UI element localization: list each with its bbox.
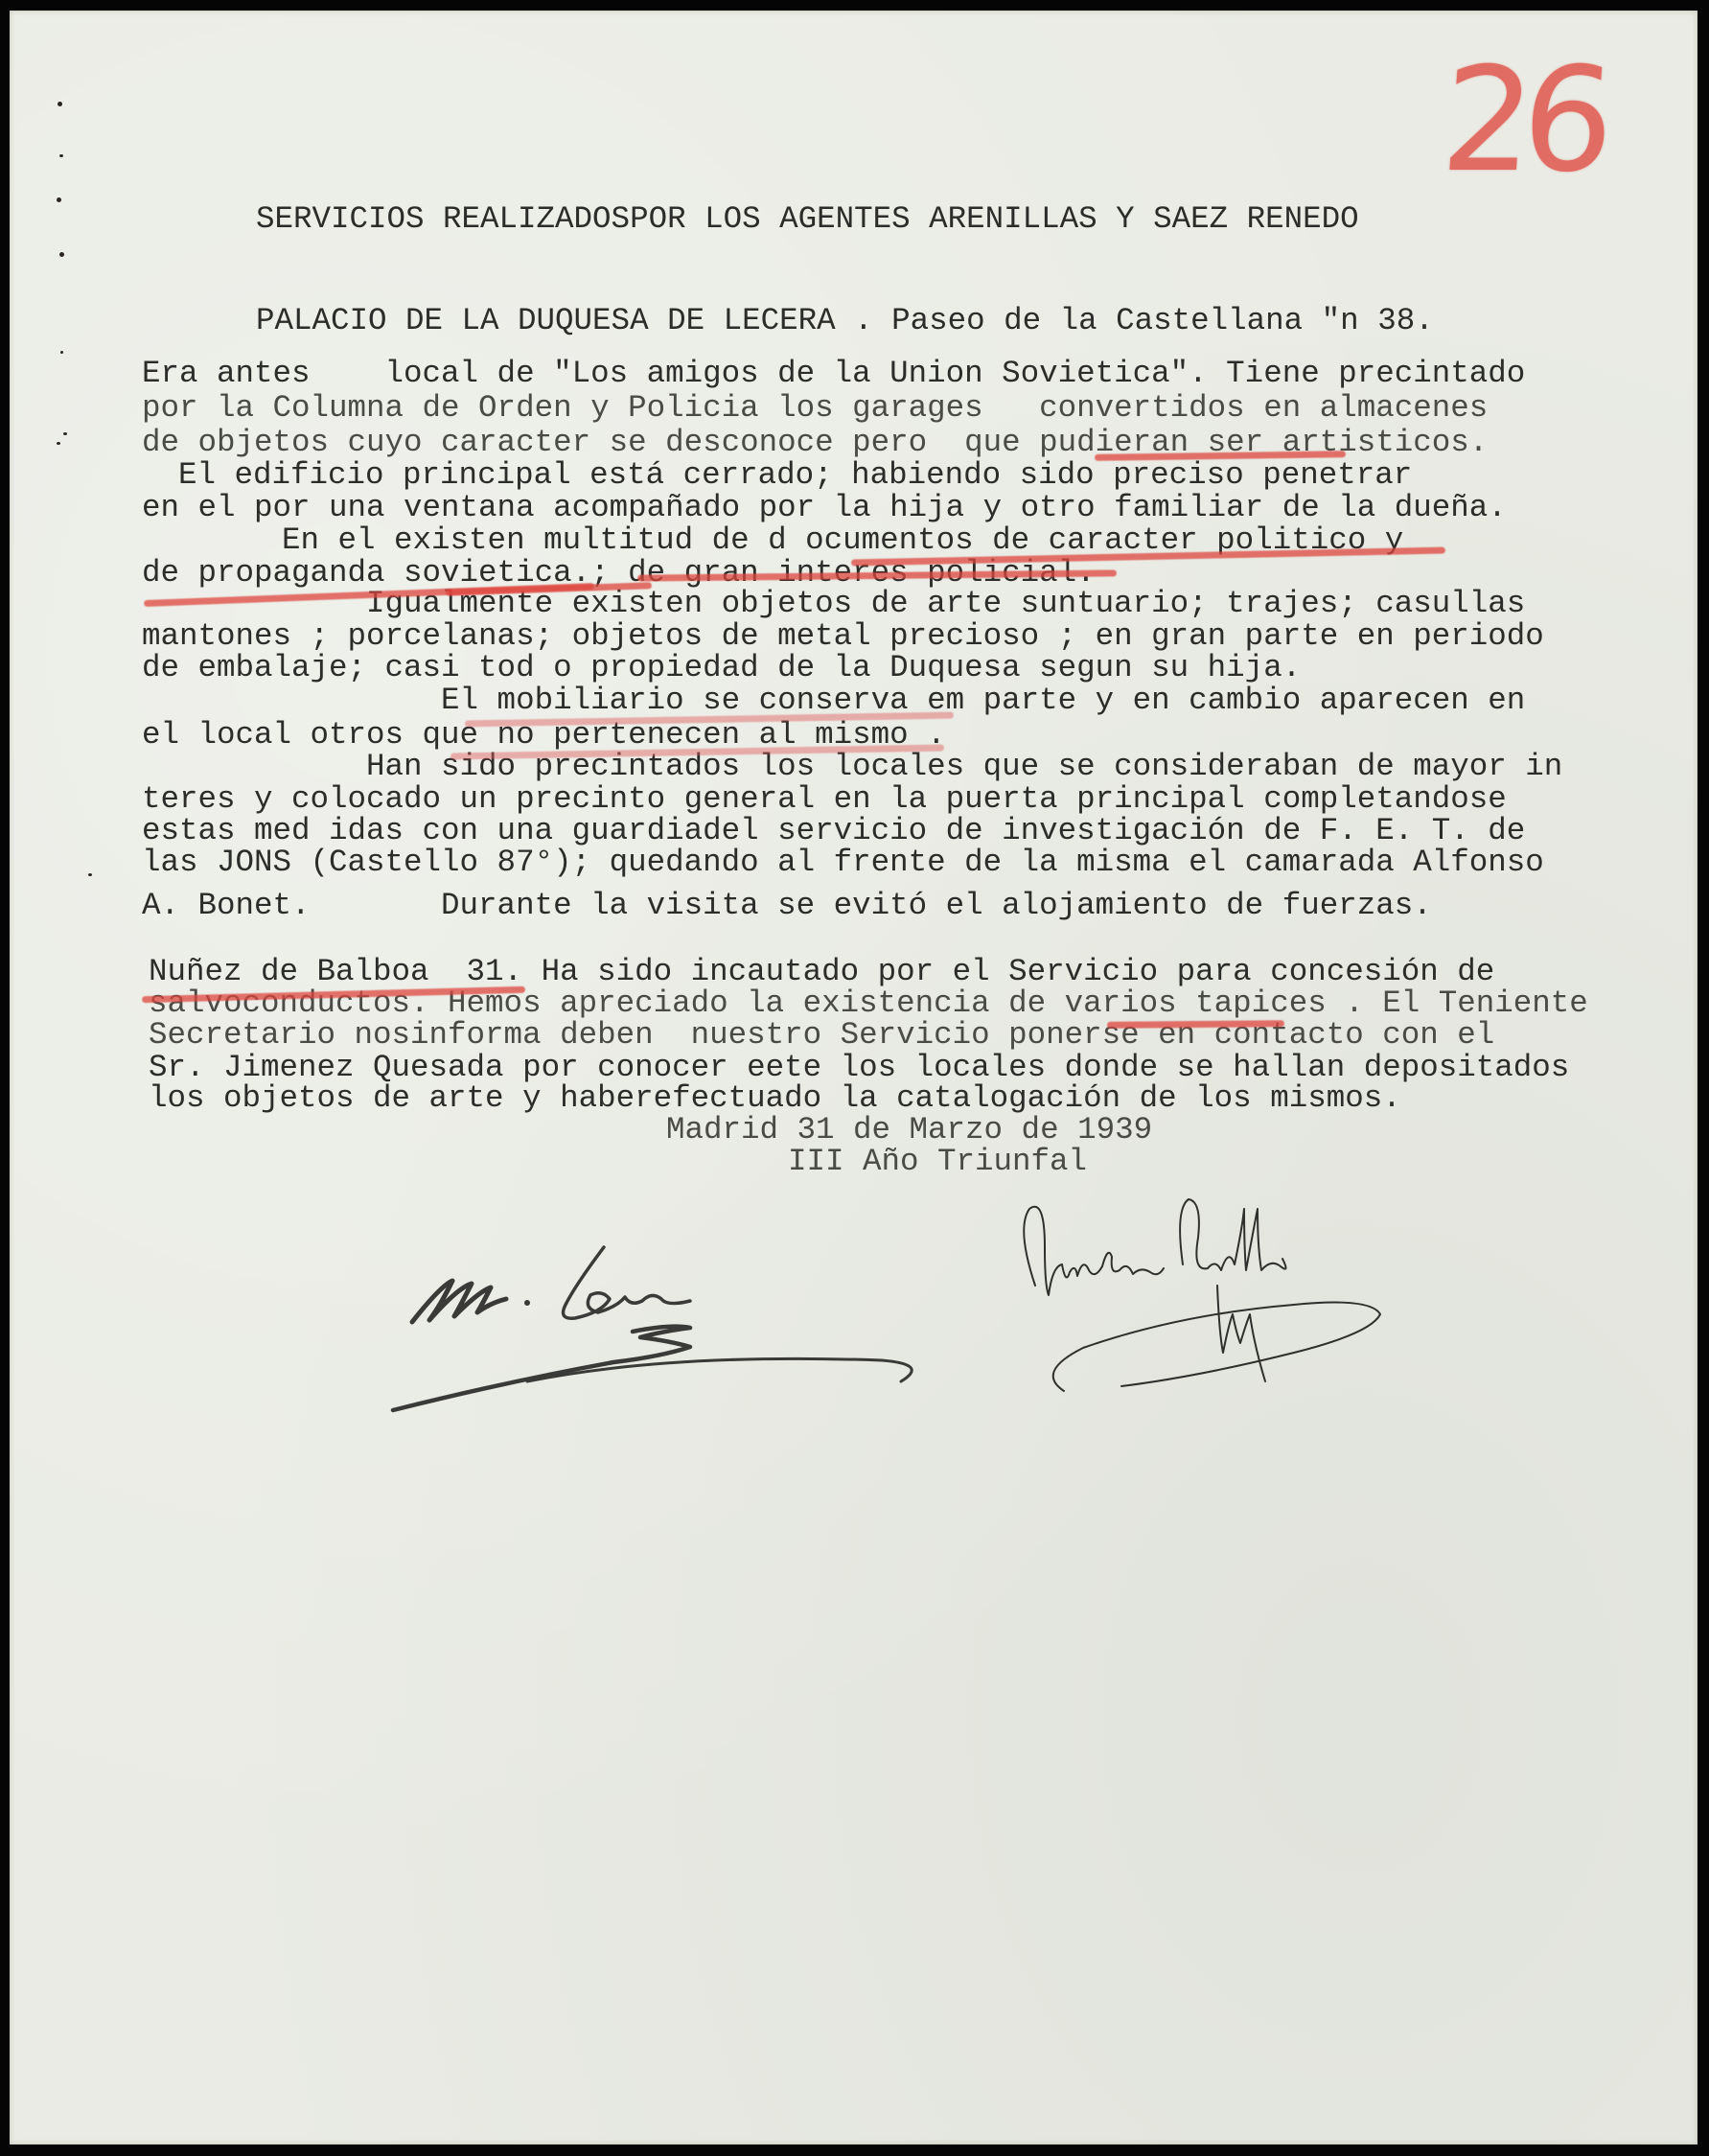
signature-arenillas bbox=[1006, 1190, 1505, 1410]
body-line: estas med idas con una guardiadel servic… bbox=[142, 814, 1525, 848]
body-line: El edificio principal está cerrado; habi… bbox=[104, 458, 1412, 493]
body-line: en el por una ventana acompañado por la … bbox=[142, 491, 1507, 525]
body-line: mantones ; porcelanas; objetos de metal … bbox=[142, 619, 1544, 654]
section-heading-palacio: PALACIO DE LA DUQUESA DE LECERA . Paseo … bbox=[256, 304, 1434, 338]
punch-hole bbox=[59, 252, 64, 257]
body-line: de embalaje; casi tod o propiedad de la … bbox=[142, 651, 1301, 685]
folio-number-annotation: 26 bbox=[1438, 49, 1607, 193]
date-line: Madrid 31 de Marzo de 1939 bbox=[666, 1113, 1152, 1148]
punch-hole bbox=[63, 432, 67, 435]
document-title: SERVICIOS REALIZADOSPOR LOS AGENTES AREN… bbox=[256, 202, 1359, 237]
punch-hole bbox=[60, 351, 63, 354]
body-line: El mobiliario se conserva em parte y en … bbox=[142, 684, 1525, 718]
punch-hole bbox=[57, 442, 60, 445]
body-line: por la Columna de Orden y Policia los ga… bbox=[142, 391, 1488, 426]
body-line: teres y colocado un precinto general en … bbox=[142, 782, 1507, 817]
body-line: Han sido precintados los locales que se … bbox=[142, 750, 1562, 784]
body-line: los objetos de arte y haberefectuado la … bbox=[149, 1081, 1401, 1116]
punch-hole bbox=[59, 154, 63, 157]
signature-saez bbox=[383, 1228, 920, 1420]
body-line: A. Bonet. Durante la visita se evitó el … bbox=[142, 889, 1432, 923]
document-page: 26 SERVICIOS REALIZADOSPOR LOS AGENTES A… bbox=[10, 11, 1697, 2144]
punch-hole bbox=[88, 873, 92, 876]
era-line: III Año Triunfal bbox=[788, 1145, 1087, 1179]
body-line: las JONS (Castello 87°); quedando al fre… bbox=[142, 846, 1544, 880]
punch-hole bbox=[58, 102, 62, 106]
body-line: Nuñez de Balboa 31. Ha sido incautado po… bbox=[149, 955, 1494, 989]
body-line: Secretario nosinforma deben nuestro Serv… bbox=[149, 1018, 1494, 1053]
punch-hole bbox=[57, 197, 61, 202]
body-line: Era antes local de "Los amigos de la Uni… bbox=[142, 357, 1525, 391]
